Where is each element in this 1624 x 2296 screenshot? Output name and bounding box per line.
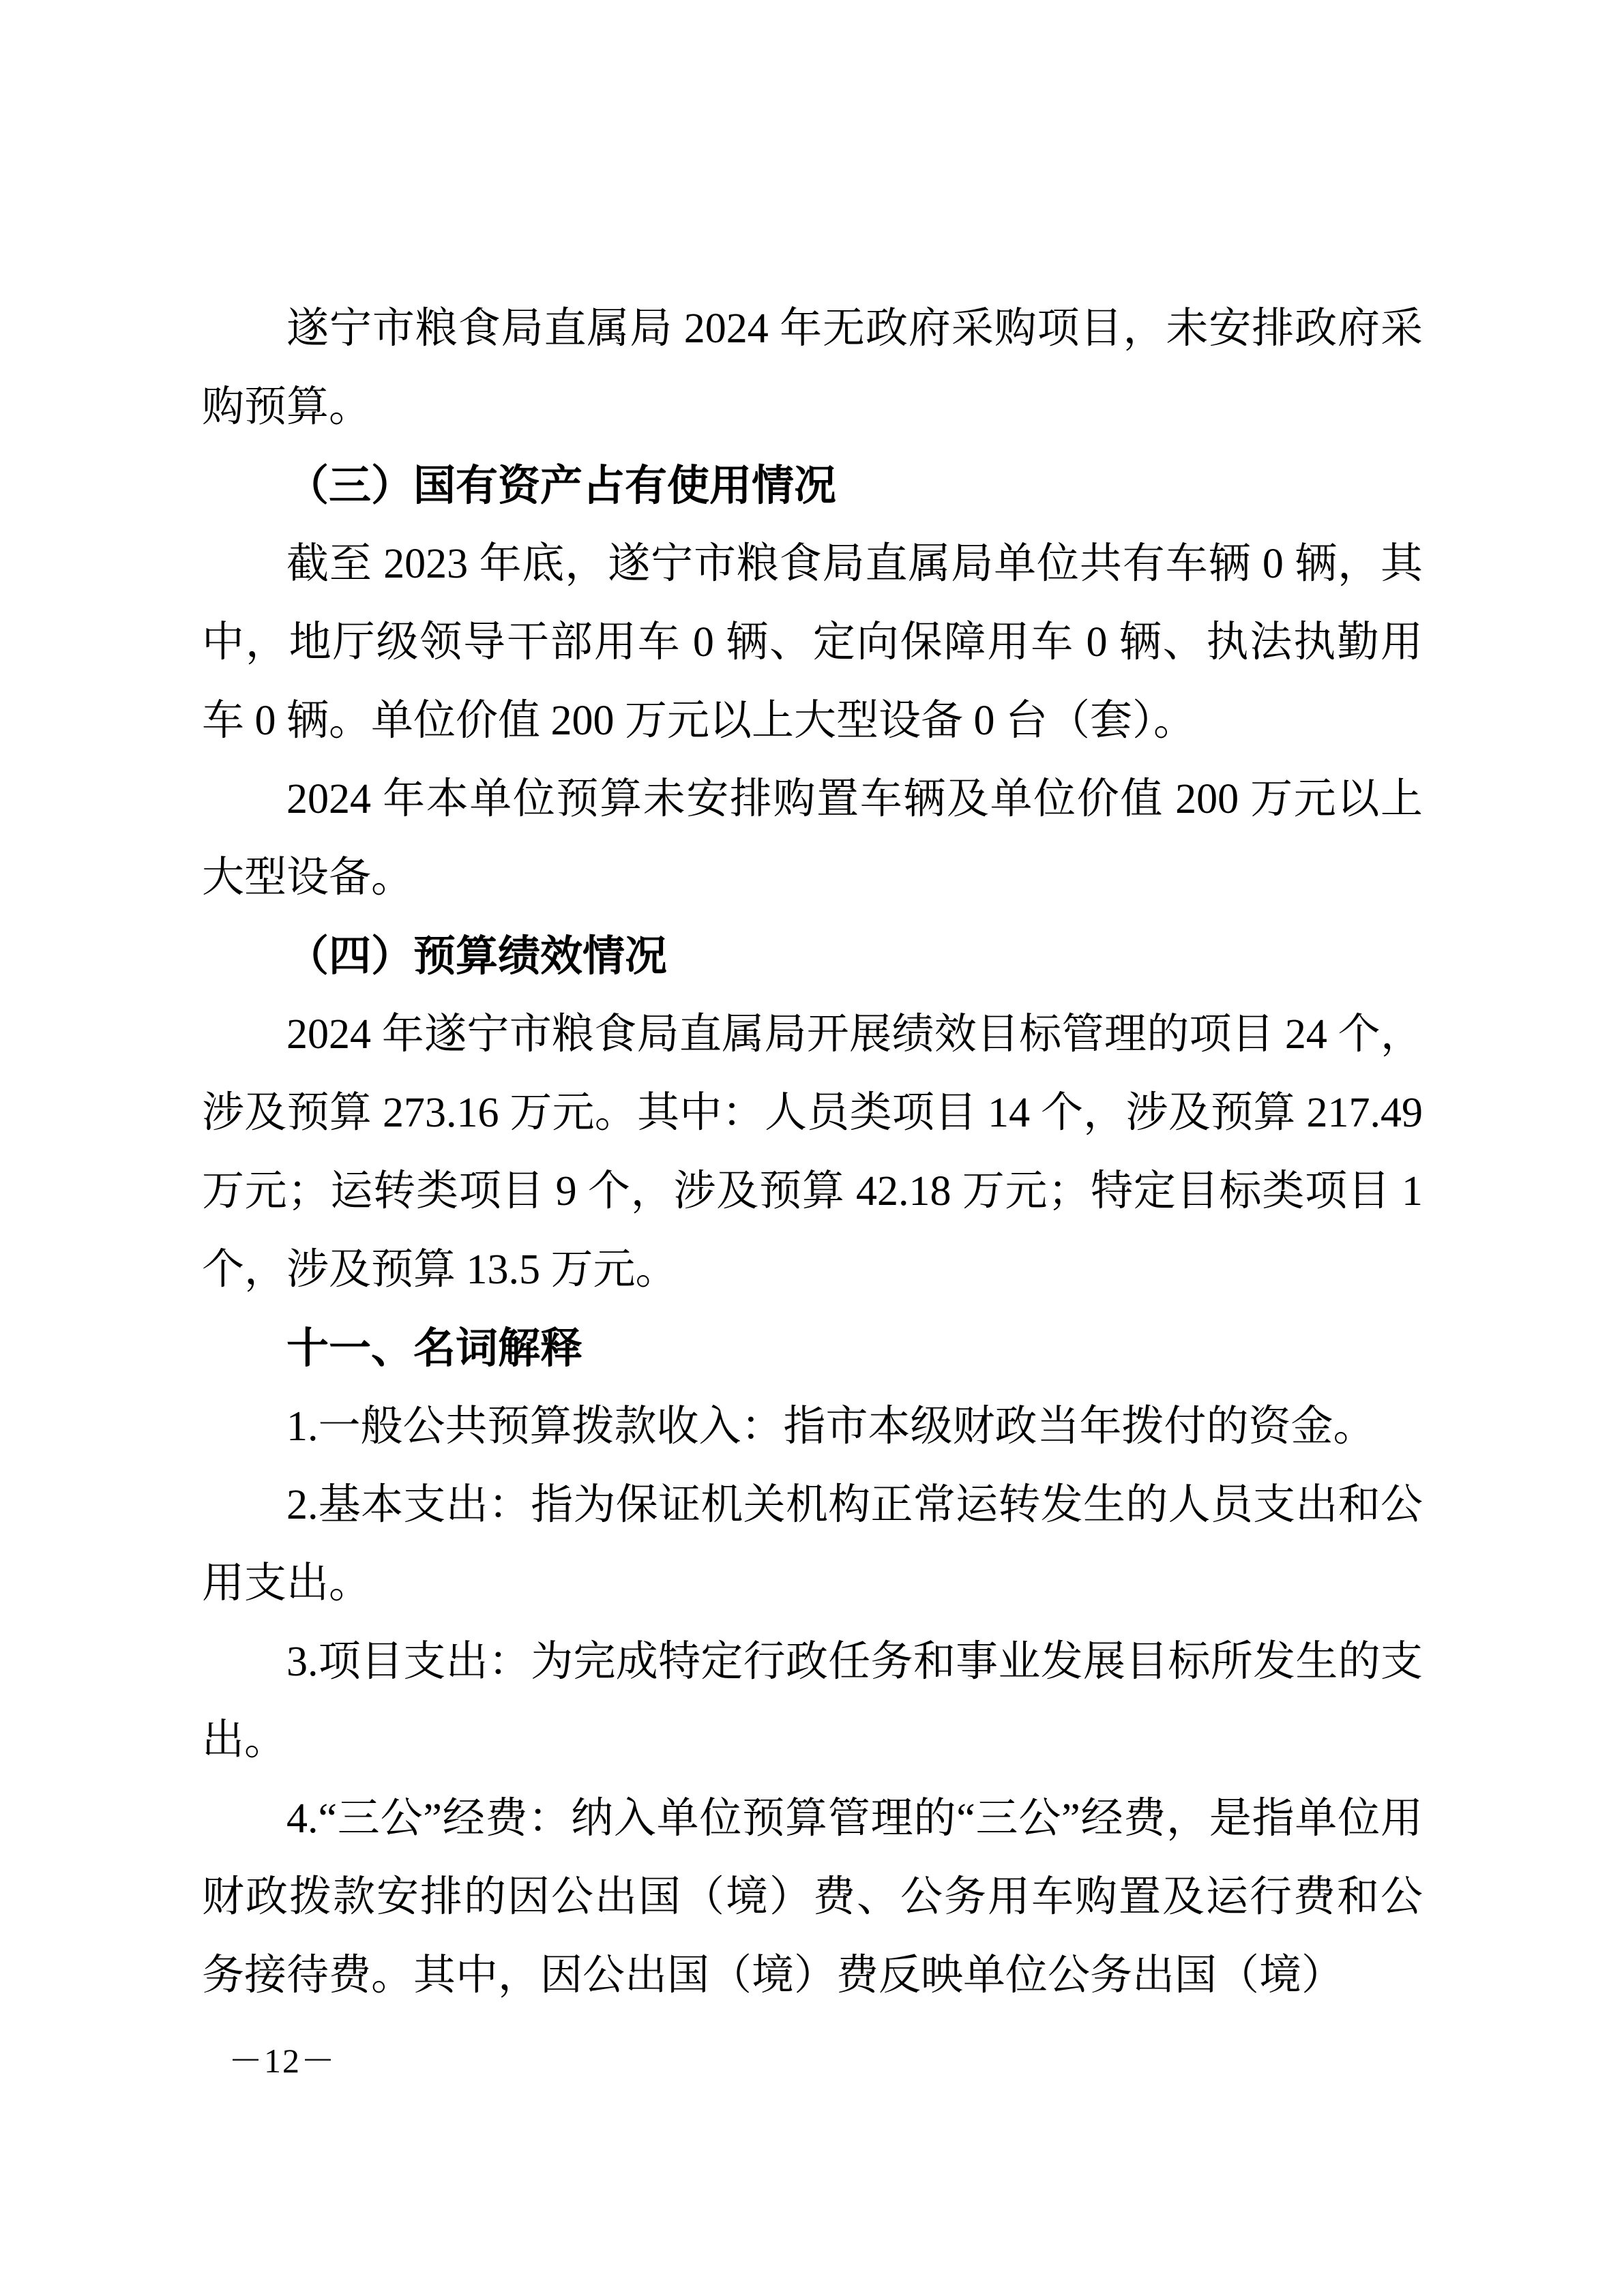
heading-budget-performance: （四）预算绩效情况: [202, 917, 1423, 996]
paragraph-2024-no-purchase: 2024 年本单位预算未安排购置车辆及单位价值 200 万元以上大型设备。: [202, 760, 1423, 917]
page-number: －12－: [228, 2040, 336, 2081]
heading-state-assets-usage: （三）国有资产占有使用情况: [202, 447, 1423, 525]
paragraph-def-basic-expenditure: 2.基本支出：指为保证机关机构正常运转发生的人员支出和公用支出。: [202, 1466, 1423, 1623]
document-body: 遂宁市粮食局直属局 2024 年无政府采购项目，未安排政府采购预算。 （三）国有…: [202, 290, 1423, 2015]
heading-glossary: 十一、名词解释: [202, 1309, 1423, 1388]
paragraph-performance-targets: 2024 年遂宁市粮食局直属局开展绩效目标管理的项目 24 个，涉及预算 273…: [202, 996, 1423, 1309]
paragraph-def-general-budget-income: 1.一般公共预算拨款收入：指市本级财政当年拨付的资金。: [202, 1388, 1423, 1466]
paragraph-def-three-public-funds: 4.“三公”经费：纳入单位预算管理的“三公”经费，是指单位用财政拨款安排的因公出…: [202, 1780, 1423, 2015]
document-page: 遂宁市粮食局直属局 2024 年无政府采购项目，未安排政府采购预算。 （三）国有…: [0, 0, 1624, 2296]
paragraph-def-project-expenditure: 3.项目支出：为完成特定行政任务和事业发展目标所发生的支出。: [202, 1623, 1423, 1780]
paragraph-vehicles-equipment: 截至 2023 年底，遂宁市粮食局直属局单位共有车辆 0 辆，其中，地厅级领导干…: [202, 525, 1423, 760]
paragraph-no-procurement: 遂宁市粮食局直属局 2024 年无政府采购项目，未安排政府采购预算。: [202, 290, 1423, 447]
